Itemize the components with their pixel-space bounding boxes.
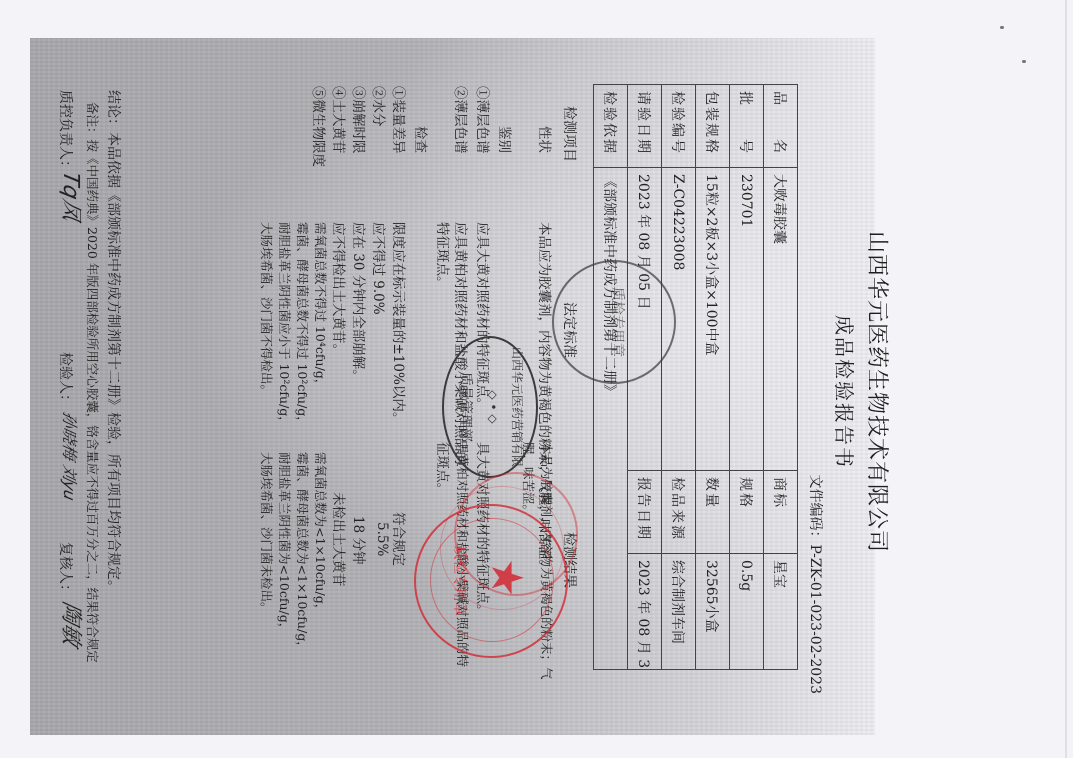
label-sample-source: 检品来源	[662, 471, 696, 554]
value-batch-no: 230701	[730, 168, 764, 471]
item-name: 检查	[412, 126, 432, 153]
value-spec: 0.5g	[730, 554, 764, 670]
item-standard: 霉菌、酵母菌总数不得过 10²cfu/g，	[294, 222, 312, 429]
item-name: ②水分	[370, 86, 390, 127]
item-result: 耐胆盐革兰阴性菌为<10cfu/g，	[276, 452, 294, 635]
reviewer-signature: 陶敏	[57, 599, 88, 650]
table-row: 检验编号 Z-C04223008 检品来源 综合制剂车间	[662, 85, 696, 670]
qa-department-stamp: 山西华元医药营销有限 ◇ • ◇ 质量管理部	[442, 336, 538, 478]
value-trademark: 星宝	[764, 554, 798, 670]
label-spec: 规格	[730, 471, 764, 554]
label-basis: 检验依据	[594, 85, 628, 168]
document-code: 文件编码：P-ZK-01-023-02-2023	[806, 475, 826, 694]
document-code-label: 文件编码：	[807, 475, 823, 545]
document-code-value: P-ZK-01-023-02-2023	[807, 545, 823, 694]
item-name: ①薄层色谱	[474, 86, 494, 154]
label-quantity: 数量	[696, 471, 730, 554]
item-name: 性状	[536, 126, 556, 153]
report-title: 成品检验报告书	[831, 72, 860, 712]
item-result: 霉菌、酵母菌总数为<1×10cfu/g，	[294, 452, 312, 654]
value-quantity: 32565小盒	[696, 554, 730, 670]
page-edge	[1065, 0, 1067, 758]
company-name: 山西华元医药生物技术有限公司	[863, 72, 894, 712]
inspector-label: 检验人：	[56, 352, 76, 408]
label-report-date: 报告日期	[628, 471, 662, 554]
qc-manager-label: 质控负责人：	[56, 90, 76, 174]
item-standard: 应不得过 9.0%	[370, 222, 390, 315]
item-standard: 应不得检出土大黄苷。	[330, 222, 350, 357]
table-row: 包装规格 15粒×2板×3小盒×100中盒 数量 32565小盒	[696, 85, 730, 670]
value-package-spec: 15粒×2板×3小盒×100中盒	[696, 168, 730, 471]
col-header-item: 检测项目	[560, 106, 580, 162]
item-name: 鉴别	[496, 126, 516, 153]
item-name: ①装量差异	[390, 86, 410, 154]
inspection-report-page: 山西华元医药生物技术有限公司 成品检验报告书 文件编码：P-ZK-01-023-…	[28, 72, 908, 712]
label-inspection-no: 检验编号	[662, 85, 696, 168]
item-name: ④土大黄苷	[330, 86, 350, 154]
item-standard: 限度应在标示装量的±10%以内。	[390, 222, 410, 425]
item-result: 5.5%	[374, 522, 390, 556]
inspector-signature: 孙晓梅 刘yu	[59, 410, 82, 504]
red-inspection-stamp-shadow	[454, 472, 578, 596]
item-standard: 需氧菌总数不得过 10⁴cfu/g，	[312, 222, 330, 391]
item-result: 符合规定	[390, 512, 410, 566]
value-product-name: 大败毒胶囊	[764, 168, 798, 471]
item-result: 18 分钟	[350, 516, 370, 564]
item-name: ②薄层色谱	[452, 86, 472, 154]
item-result: 需氧菌总数为<1×10cfu/g，	[312, 452, 330, 616]
item-standard: 大肠埃希菌、沙门菌不得检出。	[258, 222, 276, 397]
scan-speck	[1022, 60, 1026, 63]
reviewer-label: 复核人：	[56, 542, 76, 598]
label-batch-no: 批 号	[730, 85, 764, 168]
item-name: ⑤微生物限度	[310, 86, 330, 167]
item-result: 未检出土大黄苷	[330, 492, 350, 587]
label-package-spec: 包装规格	[696, 85, 730, 168]
item-standard: 耐胆盐革兰阴性菌应小于 10²cfu/g，	[276, 222, 294, 429]
table-row: 品 名 大败毒胶囊 商标 星宝	[764, 85, 798, 670]
qc-manager-signature: Tq凤	[57, 169, 88, 225]
label-request-date: 请验日期	[628, 85, 662, 168]
label-product-name: 品 名	[764, 85, 798, 168]
item-standard: 应在 30 分钟内全部崩解。	[350, 222, 370, 383]
conclusion-text: 结论：本品依据《部颁标准中药成方制剂第十二册》检验，所有项目均符合规定。	[104, 90, 124, 594]
label-trademark: 商标	[764, 471, 798, 554]
value-sample-source: 综合制剂车间	[662, 554, 696, 670]
scan-speck	[1000, 26, 1004, 29]
company-gray-stamp: 质检专用章	[552, 260, 676, 384]
item-name: ③崩解时限	[350, 86, 370, 154]
table-row: 批 号 230701 规格 0.5g	[730, 85, 764, 670]
item-result: 大肠埃希菌、沙门菌未检出。	[258, 452, 276, 615]
value-report-date: 2023 年 08 月 31 日	[628, 554, 662, 670]
item-standard: 特征斑点。	[434, 222, 454, 290]
value-basis: 《部颁标准中药成方制剂第十二册》	[594, 168, 628, 670]
